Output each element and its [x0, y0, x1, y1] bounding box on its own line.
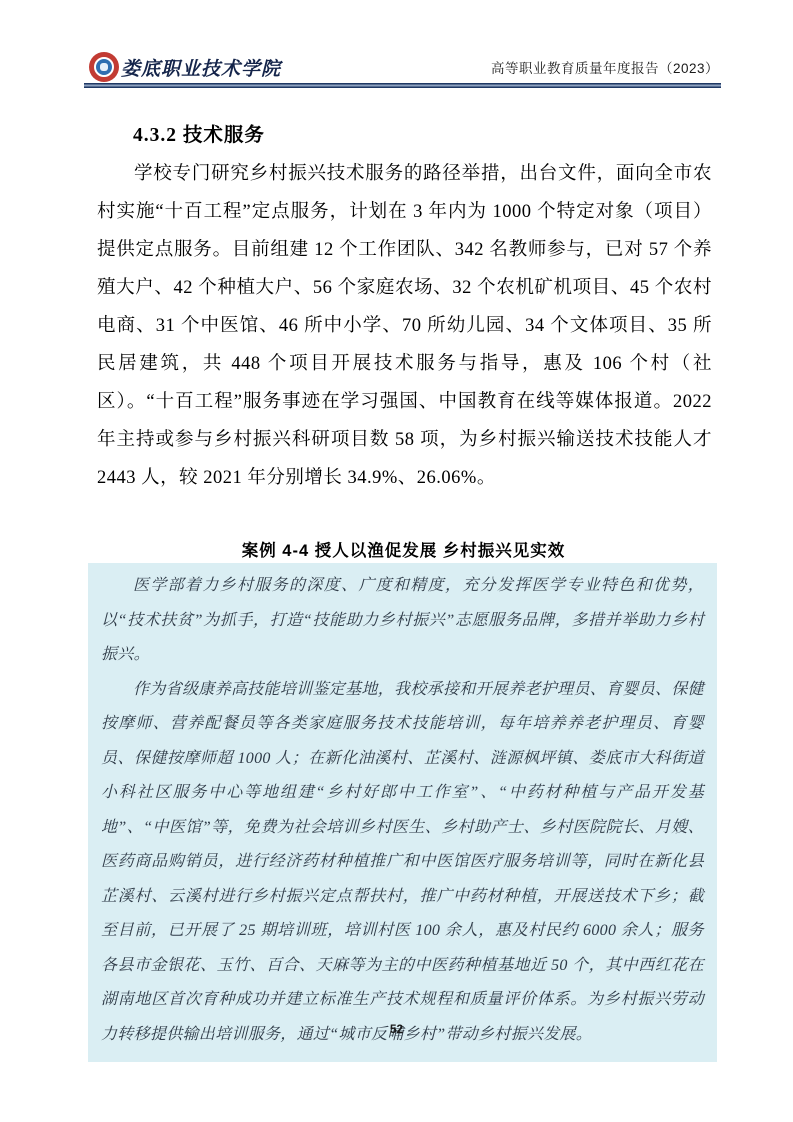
case-paragraph-2: 作为省级康养高技能培训鉴定基地，我校承接和开展养老护理员、育婴员、保健按摩师、营…	[101, 673, 704, 1053]
header-divider	[84, 83, 721, 88]
page-header: 娄底职业技术学院 高等职业教育质量年度报告（2023）	[88, 50, 719, 84]
case-title: 案例 4-4 授人以渔促发展 乡村振兴见实效	[88, 537, 719, 561]
school-name: 娄底职业技术学院	[121, 54, 281, 81]
document-page: 娄底职业技术学院 高等职业教育质量年度报告（2023） 4.3.2 技术服务 学…	[0, 0, 793, 1122]
page-number: 52	[0, 1022, 793, 1036]
header-left: 娄底职业技术学院	[88, 54, 281, 81]
report-title: 高等职业教育质量年度报告（2023）	[491, 57, 719, 77]
case-paragraph-1: 医学部着力乡村服务的深度、广度和精度，充分发挥医学专业特色和优势，以“技术扶贫”…	[101, 569, 704, 673]
school-seal-icon	[94, 57, 114, 77]
section-heading: 4.3.2 技术服务	[133, 119, 265, 147]
section-paragraph: 学校专门研究乡村振兴技术服务的路径举措，出台文件，面向全市农村实施“十百工程”定…	[97, 155, 712, 497]
case-box: 医学部着力乡村服务的深度、广度和精度，充分发挥医学专业特色和优势，以“技术扶贫”…	[88, 563, 717, 1062]
